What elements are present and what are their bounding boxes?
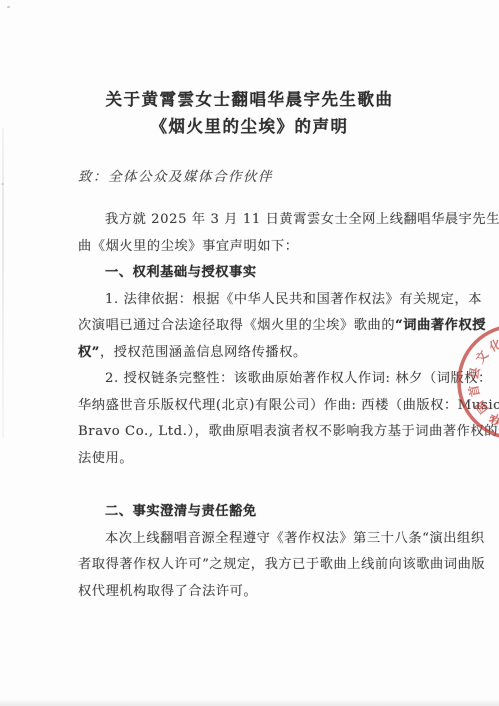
- text-run: 次演唱已通过合法途径取得《烟火里的尘埃》歌曲的: [78, 318, 395, 333]
- doc-line: 权”，授权范围涵盖信息网络传播权。: [78, 340, 422, 367]
- doc-line: 1. 法律依据：根据《中华人民共和国著作权法》有关规定，本: [78, 287, 422, 314]
- doc-line: 次演唱已通过合法途径取得《烟火里的尘埃》歌曲的“词曲著作权授: [78, 313, 422, 340]
- doc-line: 华纳盛世音乐版权代理(北京)有限公司）作曲: 西楼（曲版权：Music: [78, 393, 422, 420]
- text-run: 曲《烟火里的尘埃》事宜声明如下：: [78, 239, 299, 254]
- doc-line: Bravo Co., Ltd.），歌曲原唱表演者权不影响我方基于词曲著作权的合: [78, 419, 422, 446]
- scan-bottom-edge-shadow: [0, 699, 499, 706]
- text-run: 权代理机构取得了合法许可。: [78, 584, 257, 599]
- doc-line: 者取得著作权人许可”之规定，我方已于歌曲上线前向该歌曲词曲版: [78, 552, 422, 579]
- seal-arc-char: 文: [472, 347, 491, 366]
- scan-speck: [1, 183, 4, 185]
- doc-line: 法使用。: [78, 446, 422, 473]
- document-body: 我方就 2025 年 3 月 11 日黄霄雲女士全网上线翻唱华晨宇先生歌曲《烟火…: [78, 207, 422, 605]
- scan-speck: [7, 6, 10, 8]
- document-title-line-1: 关于黄霄雲女士翻唱华晨宇先生歌曲: [40, 86, 459, 113]
- doc-line: 权代理机构取得了合法许可。: [78, 579, 422, 606]
- section-heading: 一、权利基础与授权事实: [78, 260, 422, 287]
- bold-run: 权”: [78, 345, 100, 360]
- doc-line: 曲《烟火里的尘埃》事宜声明如下：: [78, 234, 422, 261]
- doc-line: 2. 授权链条完整性：该歌曲原始著作权人作词: 林夕（词版权：: [78, 366, 422, 393]
- text-run: 法使用。: [78, 451, 133, 466]
- document-title: 关于黄霄雲女士翻唱华晨宇先生歌曲 《烟火里的尘埃》的声明: [40, 86, 459, 140]
- text-run: 者取得著作权人许可”之规定，我方已于歌曲上线前向该歌曲词曲版: [78, 557, 485, 572]
- section-heading: 二、事实澄清与责任豁免: [78, 499, 422, 526]
- doc-line: 我方就 2025 年 3 月 11 日黄霄雲女士全网上线翻唱华晨宇先生歌: [78, 207, 422, 234]
- salutation-line: 致：全体公众及媒体合作伙伴: [78, 165, 499, 185]
- bold-run: 二、事实澄清与责任豁免: [105, 504, 257, 519]
- doc-line: 本次上线翻唱音源全程遵守《著作权法》第三十八条“演出组织: [78, 526, 422, 553]
- seal-arc-char: 化: [486, 335, 499, 354]
- scan-left-edge-artifact: [2, 128, 4, 438]
- document-title-line-2: 《烟火里的尘埃》的声明: [40, 113, 459, 140]
- text-run: 1. 法律依据：根据《中华人民共和国著作权法》有关规定，本: [105, 292, 482, 307]
- bold-run: “词曲著作权授: [395, 318, 486, 333]
- document-page: 关于黄霄雲女士翻唱华晨宇先生歌曲 《烟火里的尘埃》的声明 致：全体公众及媒体合作…: [0, 0, 499, 706]
- bold-run: 一、权利基础与授权事实: [105, 265, 257, 280]
- text-run: Bravo Co., Ltd.），歌曲原唱表演者权不影响我方基于词曲著作权的合: [78, 424, 499, 439]
- text-run: 我方就 2025 年 3 月 11 日黄霄雲女士全网上线翻唱华晨宇先生歌: [105, 212, 499, 227]
- text-run: 本次上线翻唱音源全程遵守《著作权法》第三十八条“演出组织: [105, 531, 485, 546]
- text-run: 2. 授权链条完整性：该歌曲原始著作权人作词: 林夕（词版权：: [105, 371, 492, 386]
- text-run: 华纳盛世音乐版权代理(北京)有限公司）作曲: 西楼（曲版权：Music: [78, 398, 499, 413]
- text-run: ，授权范围涵盖信息网络传播权。: [100, 345, 307, 360]
